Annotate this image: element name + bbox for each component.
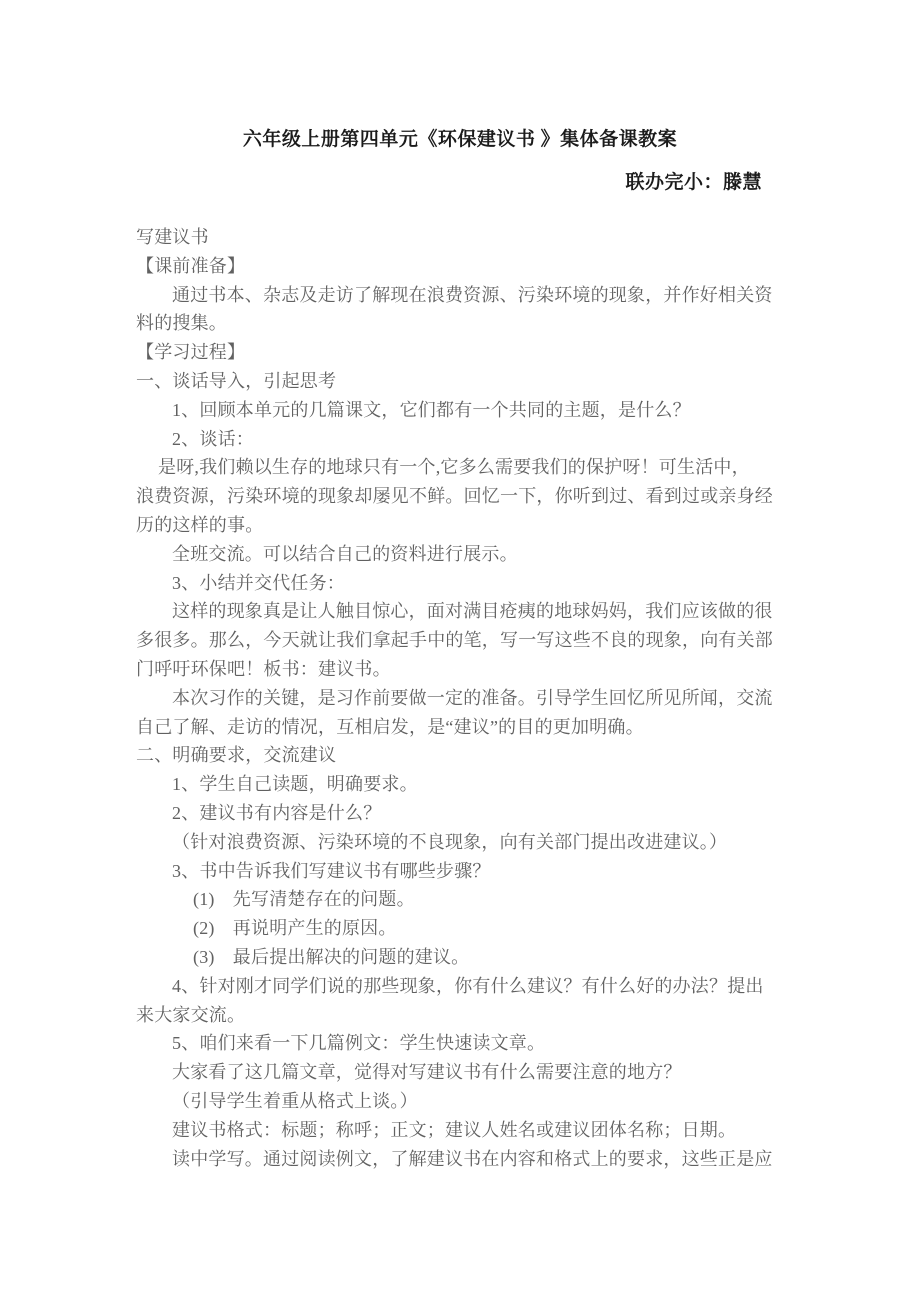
text-line: 多很多。那么，今天就让我们拿起手中的笔，写一写这些不良的现象，向有关部 [136,626,796,655]
text-line: （引导学生着重从格式上谈。） [136,1087,796,1116]
document-page: 六年级上册第四单元《环保建议书 》集体备课教案 联办完小：滕慧 写建议书【课前准… [0,0,920,1302]
text-line: 【学习过程】 [136,338,796,367]
document-author: 联办完小：滕慧 [625,167,762,194]
document-body: 写建议书【课前准备】通过书本、杂志及走访了解现在浪费资源、污染环境的现象，并作好… [136,223,796,1173]
text-line: 这样的现象真是让人触目惊心，面对满目疮痍的地球妈妈，我们应该做的很 [136,597,796,626]
text-line: 来大家交流。 [136,1001,796,1030]
text-line: 是呀,我们赖以生存的地球只有一个,它多么需要我们的保护呀！可生活中， [136,453,796,482]
text-line: 1、学生自己读题，明确要求。 [136,770,796,799]
text-line: （针对浪费资源、污染环境的不良现象，向有关部门提出改进建议。） [136,828,796,857]
text-line: 1、回顾本单元的几篇课文，它们都有一个共同的主题，是什么？ [136,396,796,425]
text-line: (1) 先写清楚存在的问题。 [136,885,796,914]
text-line: 料的搜集。 [136,309,796,338]
text-line: 写建议书 [136,223,796,252]
text-line: 2、建议书有内容是什么？ [136,799,796,828]
document-title: 六年级上册第四单元《环保建议书 》集体备课教案 [0,124,920,151]
text-line: 浪费资源，污染环境的现象却屡见不鲜。回忆一下，你听到过、看到过或亲身经 [136,482,796,511]
text-line: 大家看了这几篇文章，觉得对写建议书有什么需要注意的地方？ [136,1058,796,1087]
text-line: 二、明确要求，交流建议 [136,741,796,770]
text-line: 通过书本、杂志及走访了解现在浪费资源、污染环境的现象，并作好相关资 [136,281,796,310]
text-line: 5、咱们来看一下几篇例文：学生快速读文章。 [136,1029,796,1058]
text-line: 本次习作的关键，是习作前要做一定的准备。引导学生回忆所见所闻，交流 [136,684,796,713]
text-line: 4、针对刚才同学们说的那些现象，你有什么建议？有什么好的办法？提出 [136,972,796,1001]
text-line: 3、小结并交代任务： [136,569,796,598]
text-line: 全班交流。可以结合自己的资料进行展示。 [136,540,796,569]
text-line: 一、谈话导入，引起思考 [136,367,796,396]
text-line: 自己了解、走访的情况，互相启发，是“建议”的目的更加明确。 [136,713,796,742]
text-line: 3、书中告诉我们写建议书有哪些步骤？ [136,857,796,886]
text-line: 历的这样的事。 [136,511,796,540]
text-line: 2、谈话： [136,425,796,454]
text-line: (3) 最后提出解决的问题的建议。 [136,943,796,972]
text-line: 建议书格式：标题；称呼；正文；建议人姓名或建议团体名称；日期。 [136,1116,796,1145]
text-line: (2) 再说明产生的原因。 [136,914,796,943]
text-line: 【课前准备】 [136,252,796,281]
text-line: 读中学写。通过阅读例文，了解建议书在内容和格式上的要求，这些正是应 [136,1145,796,1174]
text-line: 门呼吁环保吧！板书：建议书。 [136,655,796,684]
